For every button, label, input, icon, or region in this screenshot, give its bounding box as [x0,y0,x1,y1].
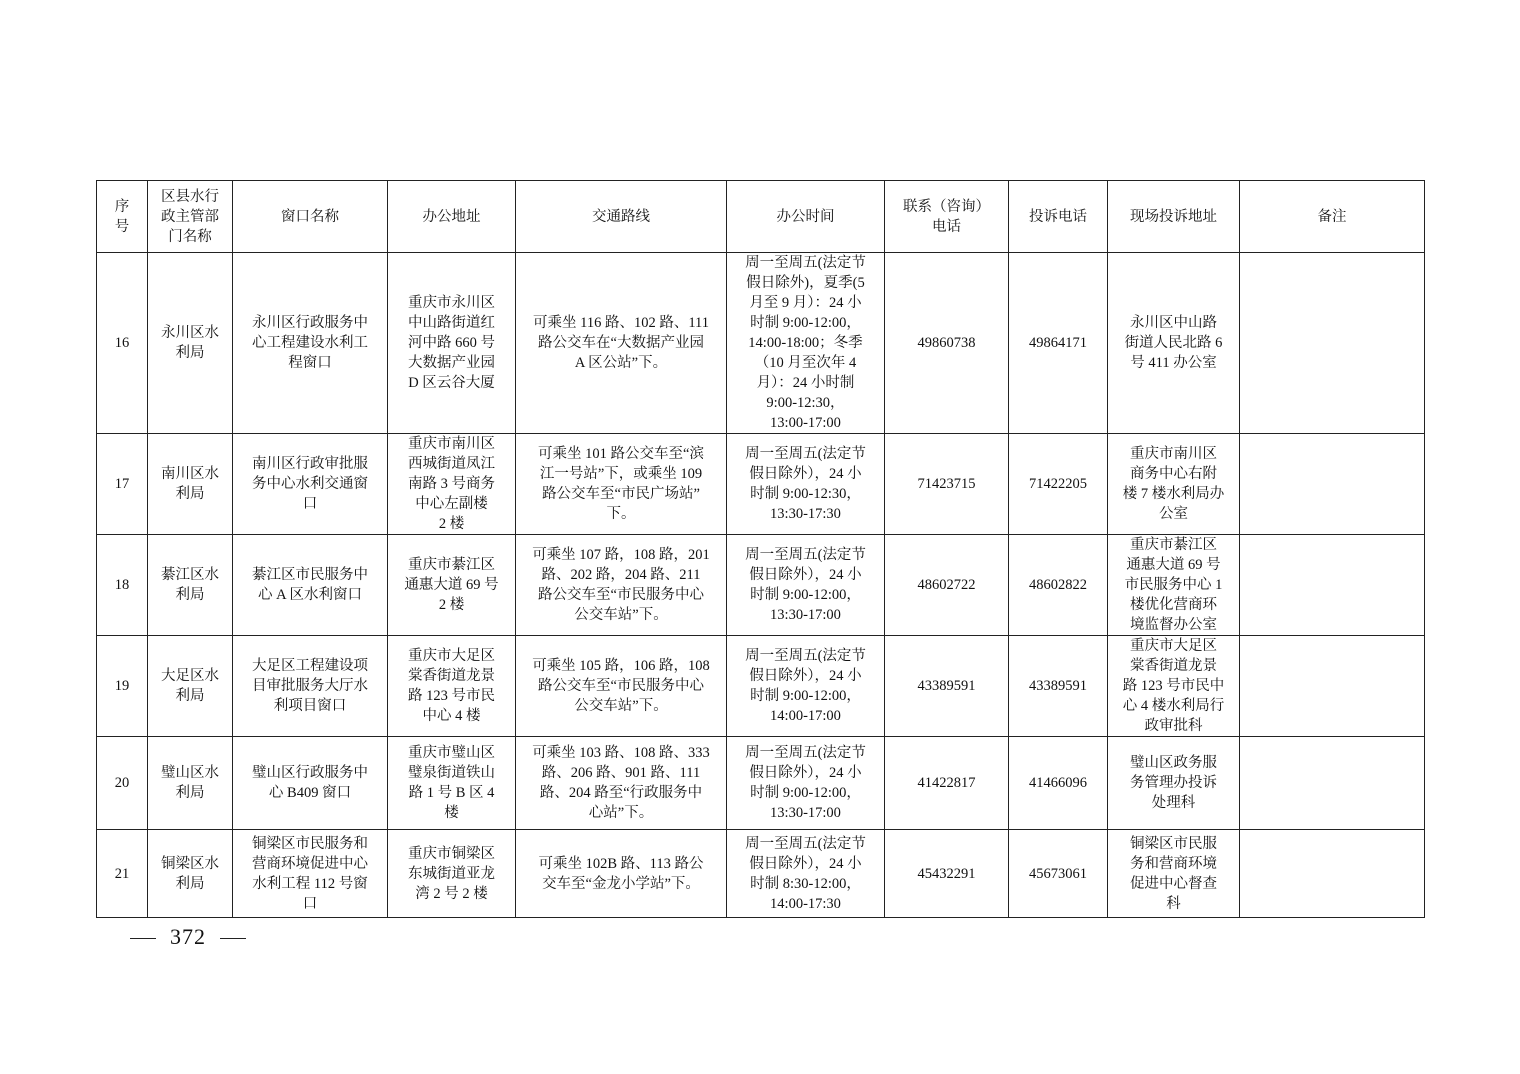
cell-no: 20 [97,737,148,830]
header-window-name: 窗口名称 [233,181,388,253]
table-row: 19 大足区水 利局 大足区工程建设项 目审批服务大厅水 利项目窗口 重庆市大足… [97,636,1425,737]
cell-office-address: 重庆市大足区 棠香街道龙景 路 123 号市民 中心 4 楼 [388,636,516,737]
cell-no: 17 [97,434,148,535]
cell-contact-phone: 45432291 [885,830,1009,918]
cell-no: 21 [97,830,148,918]
header-complaint-address: 现场投诉地址 [1108,181,1240,253]
cell-dept: 铜梁区水 利局 [148,830,233,918]
cell-remark [1240,253,1425,434]
cell-remark [1240,830,1425,918]
header-complaint-phone: 投诉电话 [1009,181,1108,253]
cell-complaint-address: 重庆市南川区 商务中心右附 楼 7 楼水利局办 公室 [1108,434,1240,535]
cell-office-address: 重庆市綦江区 通惠大道 69 号 2 楼 [388,535,516,636]
cell-complaint-phone: 43389591 [1009,636,1108,737]
table-row: 16 永川区水 利局 永川区行政服务中 心工程建设水利工 程窗口 重庆市永川区 … [97,253,1425,434]
cell-office-hours: 周一至周五(法定节 假日除外），24 小 时制 9:00-12:00， 13:3… [727,737,885,830]
cell-contact-phone: 43389591 [885,636,1009,737]
cell-complaint-phone: 49864171 [1009,253,1108,434]
cell-office-hours: 周一至周五(法定节 假日除外)，夏季(5 月至 9 月）：24 小 时制 9:0… [727,253,885,434]
header-no: 序 号 [97,181,148,253]
table-header-row: 序 号 区县水行 政主管部 门名称 窗口名称 办公地址 交通路线 办公时间 联系… [97,181,1425,253]
cell-office-hours: 周一至周五(法定节 假日除外），24 小 时制 9:00-12:00， 14:0… [727,636,885,737]
cell-dept: 大足区水 利局 [148,636,233,737]
page-number-value: 372 [170,924,206,950]
cell-office-address: 重庆市铜梁区 东城街道亚龙 湾 2 号 2 楼 [388,830,516,918]
cell-dept: 綦江区水 利局 [148,535,233,636]
cell-remark [1240,535,1425,636]
cell-complaint-phone: 41466096 [1009,737,1108,830]
cell-remark [1240,737,1425,830]
cell-complaint-address: 重庆市大足区 棠香街道龙景 路 123 号市民中 心 4 楼水利局行 政审批科 [1108,636,1240,737]
header-transit: 交通路线 [516,181,727,253]
cell-office-address: 重庆市南川区 西城街道凤江 南路 3 号商务 中心左副楼 2 楼 [388,434,516,535]
cell-complaint-phone: 48602822 [1009,535,1108,636]
cell-window-name: 南川区行政审批服 务中心水利交通窗 口 [233,434,388,535]
cell-transit: 可乘坐 102B 路、113 路公 交车至“金龙小学站”下。 [516,830,727,918]
cell-complaint-address: 永川区中山路 街道人民北路 6 号 411 办公室 [1108,253,1240,434]
cell-office-hours: 周一至周五(法定节 假日除外），24 小 时制 8:30-12:00， 14:0… [727,830,885,918]
cell-contact-phone: 71423715 [885,434,1009,535]
cell-complaint-phone: 71422205 [1009,434,1108,535]
cell-office-hours: 周一至周五(法定节 假日除外），24 小 时制 9:00-12:00， 13:3… [727,535,885,636]
header-contact-phone: 联系（咨询） 电话 [885,181,1009,253]
cell-complaint-phone: 45673061 [1009,830,1108,918]
header-remark: 备注 [1240,181,1425,253]
cell-window-name: 璧山区行政服务中 心 B409 窗口 [233,737,388,830]
cell-dept: 璧山区水 利局 [148,737,233,830]
table-row: 17 南川区水 利局 南川区行政审批服 务中心水利交通窗 口 重庆市南川区 西城… [97,434,1425,535]
cell-window-name: 永川区行政服务中 心工程建设水利工 程窗口 [233,253,388,434]
document-page: 序 号 区县水行 政主管部 门名称 窗口名称 办公地址 交通路线 办公时间 联系… [0,0,1520,1074]
cell-no: 19 [97,636,148,737]
cell-complaint-address: 重庆市綦江区 通惠大道 69 号 市民服务中心 1 楼优化营商环 境监督办公室 [1108,535,1240,636]
cell-transit: 可乘坐 107 路，108 路，201 路、202 路，204 路、211 路公… [516,535,727,636]
cell-transit: 可乘坐 116 路、102 路、111 路公交车在“大数据产业园 A 区公站”下… [516,253,727,434]
cell-transit: 可乘坐 101 路公交车至“滨 江一号站”下，或乘坐 109 路公交车至“市民广… [516,434,727,535]
water-admin-window-table: 序 号 区县水行 政主管部 门名称 窗口名称 办公地址 交通路线 办公时间 联系… [96,180,1425,918]
header-office-address: 办公地址 [388,181,516,253]
cell-no: 18 [97,535,148,636]
cell-contact-phone: 48602722 [885,535,1009,636]
page-number: 372 [130,924,246,950]
table-row: 20 璧山区水 利局 璧山区行政服务中 心 B409 窗口 重庆市璧山区 璧泉街… [97,737,1425,830]
cell-remark [1240,636,1425,737]
cell-office-address: 重庆市永川区 中山路街道红 河中路 660 号 大数据产业园 D 区云谷大厦 [388,253,516,434]
cell-office-hours: 周一至周五(法定节 假日除外），24 小 时制 9:00-12:30， 13:3… [727,434,885,535]
cell-transit: 可乘坐 103 路、108 路、333 路、206 路、901 路、111 路、… [516,737,727,830]
cell-window-name: 铜梁区市民服务和 营商环境促进中心 水利工程 112 号窗 口 [233,830,388,918]
cell-dept: 永川区水 利局 [148,253,233,434]
cell-contact-phone: 49860738 [885,253,1009,434]
table-row: 18 綦江区水 利局 綦江区市民服务中 心 A 区水利窗口 重庆市綦江区 通惠大… [97,535,1425,636]
header-dept: 区县水行 政主管部 门名称 [148,181,233,253]
cell-window-name: 大足区工程建设项 目审批服务大厅水 利项目窗口 [233,636,388,737]
cell-dept: 南川区水 利局 [148,434,233,535]
cell-remark [1240,434,1425,535]
cell-complaint-address: 铜梁区市民服 务和营商环境 促进中心督查 科 [1108,830,1240,918]
cell-contact-phone: 41422817 [885,737,1009,830]
dash-left [130,938,156,939]
cell-window-name: 綦江区市民服务中 心 A 区水利窗口 [233,535,388,636]
dash-right [220,938,246,939]
cell-transit: 可乘坐 105 路，106 路，108 路公交车至“市民服务中心 公交车站”下。 [516,636,727,737]
cell-no: 16 [97,253,148,434]
cell-office-address: 重庆市璧山区 璧泉街道铁山 路 1 号 B 区 4 楼 [388,737,516,830]
table-row: 21 铜梁区水 利局 铜梁区市民服务和 营商环境促进中心 水利工程 112 号窗… [97,830,1425,918]
cell-complaint-address: 璧山区政务服 务管理办投诉 处理科 [1108,737,1240,830]
header-office-hours: 办公时间 [727,181,885,253]
